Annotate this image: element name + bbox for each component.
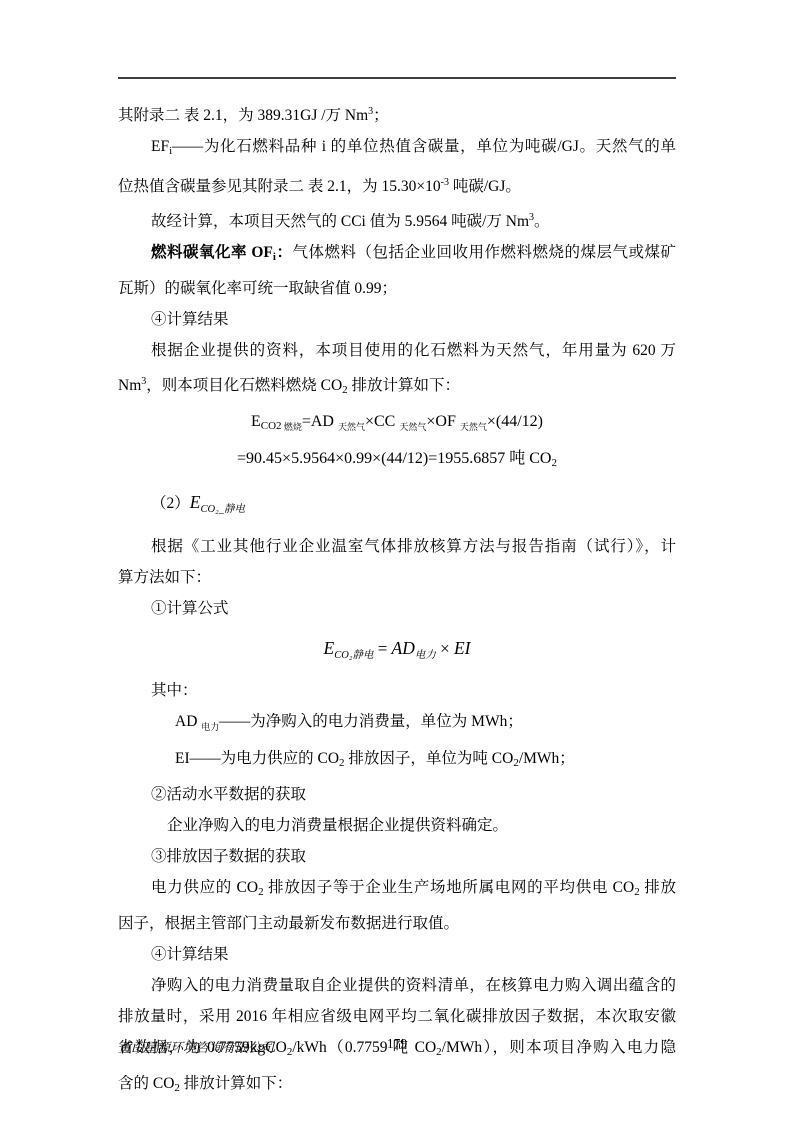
text-run: 电力供应的 CO bbox=[151, 879, 258, 896]
text-run: ④计算结果 bbox=[151, 946, 229, 963]
text-run: 气体燃料（包括企业回收用作燃料燃烧的煤层气或煤矿 bbox=[292, 244, 676, 261]
header-rule bbox=[118, 77, 676, 79]
paragraph-line-14: 算方法如下： bbox=[118, 562, 676, 593]
text-run: 排放因子，单位为吨 CO bbox=[345, 750, 514, 767]
text-run: /MWh； bbox=[519, 750, 575, 767]
paragraph-line-9: Nm3，则本项目化石燃料燃烧 CO2 排放计算如下： bbox=[118, 366, 676, 406]
text-run: 天然气 bbox=[460, 422, 487, 432]
text-run: 瓦斯）的碳氧化率可统一取缺省值 0.99； bbox=[118, 280, 397, 297]
text-run: Nm bbox=[118, 377, 141, 394]
text-run: ——为净购入的电力消费量，单位为 MWh； bbox=[219, 713, 523, 730]
text-run: ，则本项目化石燃料燃烧 CO bbox=[146, 377, 342, 394]
text-run: =90.45×5.9564×0.99×(44/12)=1955.6857 吨 C… bbox=[237, 450, 551, 467]
text-run: CO₂静电 bbox=[334, 650, 373, 661]
text-run: EI——为电力供应的 CO bbox=[175, 750, 339, 767]
text-run: 根据《工业其他行业企业温室气体排放核算方法与报告指南（试行）》，计 bbox=[151, 538, 676, 555]
text-run: =AD bbox=[302, 413, 338, 430]
text-run: ； bbox=[373, 107, 389, 124]
paragraph-line-19: EI——为电力供应的 CO2 排放因子，单位为吨 CO2/MWh； bbox=[118, 743, 676, 779]
text-run: ——为化石燃料品种 i 的单位热值含碳量，单位为吨碳/GJ。天然气的单 bbox=[172, 138, 676, 155]
paragraph-line-13: 根据《工业其他行业企业温室气体排放核算方法与报告指南（试行）》，计 bbox=[118, 531, 676, 562]
text-run: 燃烧 bbox=[282, 422, 302, 432]
paragraph-line-12: （2）ECO₂_静电 bbox=[118, 487, 676, 525]
text-run: 排放 bbox=[640, 879, 676, 896]
text-run: ②活动水平数据的获取 bbox=[151, 786, 306, 803]
text-run: 2 bbox=[551, 457, 557, 469]
text-run: 因子，根据主管部门主动最新发布数据进行取值。 bbox=[118, 915, 459, 932]
text-run: ： bbox=[276, 244, 293, 261]
text-run: ×OF bbox=[426, 413, 459, 430]
text-run: ×CC bbox=[365, 413, 399, 430]
text-run: ①计算公式 bbox=[151, 600, 229, 617]
text-run: ③排放因子数据的获取 bbox=[151, 848, 306, 865]
text-run: EI bbox=[454, 638, 471, 658]
text-run: E bbox=[324, 638, 335, 658]
paragraph-line-25: ④计算结果 bbox=[118, 939, 676, 970]
paragraph-line-21: 企业净购入的电力消费量根据企业提供资料确定。 bbox=[118, 810, 676, 841]
paragraph-line-5: 燃料碳氧化率 OFi：气体燃料（包括企业回收用作燃料燃烧的煤层气或煤矿 bbox=[118, 237, 676, 273]
formula-line-11: =90.45×5.9564×0.99×(44/12)=1955.6857 吨 C… bbox=[118, 443, 676, 479]
text-run: EF bbox=[151, 138, 169, 155]
text-run: CO2 bbox=[261, 420, 282, 432]
text-run: ×(44/12) bbox=[487, 413, 543, 430]
text-run: （2） bbox=[151, 495, 190, 512]
footer-page-number: 179 bbox=[118, 1036, 676, 1052]
paragraph-line-18: AD 电力——为净购入的电力消费量，单位为 MWh； bbox=[118, 706, 676, 743]
paragraph-line-23: 电力供应的 CO2 排放因子等于企业生产场地所属电网的平均供电 CO2 排放 bbox=[118, 872, 676, 908]
paragraph-line-15: ①计算公式 bbox=[118, 593, 676, 624]
text-run: 其附录二 表 2.1，为 389.31GJ /万 Nm bbox=[118, 107, 368, 124]
paragraph-line-1: 其附录二 表 2.1，为 389.31GJ /万 Nm3； bbox=[118, 96, 676, 131]
text-run: × bbox=[436, 639, 454, 658]
text-run: 。 bbox=[534, 213, 550, 230]
text-run: = bbox=[373, 639, 391, 658]
paragraph-line-8: 根据企业提供的资料，本项目使用的化石燃料为天然气，年用量为 620 万 bbox=[118, 335, 676, 366]
text-run: 位热值含碳量参见其附录二 表 2.1，为 15.30×10 bbox=[118, 178, 441, 195]
paragraph-line-2: EFi——为化石燃料品种 i 的单位热值含碳量，单位为吨碳/GJ。天然气的单 bbox=[118, 131, 676, 167]
text-run: 电力 bbox=[201, 722, 219, 732]
text-run: 净购入的电力消费量取自企业提供的资料清单，在核算电力购入调出蕴含的 bbox=[151, 977, 676, 994]
text-run: 故经计算，本项目天然气的 CCi 值为 5.9564 吨碳/万 Nm bbox=[151, 213, 529, 230]
text-run: E bbox=[190, 492, 201, 512]
text-run: AD bbox=[175, 713, 201, 730]
text-run: 排放量时，采用 2016 年相应省级电网平均二氧化碳排放因子数据，本次取安徽 bbox=[118, 1008, 676, 1025]
formula-display-16: ECO₂静电 = AD电力 × EI bbox=[118, 634, 676, 670]
text-run: 企业净购入的电力消费量根据企业提供资料确定。 bbox=[167, 817, 508, 834]
text-run: 排放因子等于企业生产场地所属电网的平均供电 CO bbox=[264, 879, 635, 896]
text-run: ④计算结果 bbox=[151, 311, 229, 328]
text-run: 算方法如下： bbox=[118, 569, 211, 586]
paragraph-line-24: 因子，根据主管部门主动最新发布数据进行取值。 bbox=[118, 908, 676, 939]
text-run: 其中： bbox=[151, 682, 198, 699]
paragraph-line-17: 其中： bbox=[118, 675, 676, 706]
paragraph-line-20: ②活动水平数据的获取 bbox=[118, 779, 676, 810]
formula-line-10: ECO2 燃烧=AD 天然气×CC 天然气×OF 天然气×(44/12) bbox=[118, 406, 676, 443]
text-run: 根据企业提供的资料，本项目使用的化石燃料为天然气，年用量为 620 万 bbox=[151, 342, 676, 359]
paragraph-line-22: ③排放因子数据的获取 bbox=[118, 841, 676, 872]
paragraph-line-6: 瓦斯）的碳氧化率可统一取缺省值 0.99； bbox=[118, 273, 676, 304]
paragraph-line-4: 故经计算，本项目天然气的 CCi 值为 5.9564 吨碳/万 Nm3。 bbox=[118, 202, 676, 237]
text-run: 天然气 bbox=[399, 422, 426, 432]
text-run: 排放计算如下： bbox=[180, 1075, 292, 1092]
text-run: 燃料碳氧化率 OF bbox=[151, 244, 273, 261]
document-page: 其附录二 表 2.1，为 389.31GJ /万 Nm3；EFi——为化石燃料品… bbox=[0, 0, 793, 1122]
text-run: E bbox=[251, 413, 261, 430]
text-run: 吨碳/GJ。 bbox=[449, 178, 521, 195]
document-body: 其附录二 表 2.1，为 389.31GJ /万 Nm3；EFi——为化石燃料品… bbox=[118, 96, 676, 1104]
text-run: 排放计算如下： bbox=[348, 377, 460, 394]
paragraph-line-3: 位热值含碳量参见其附录二 表 2.1，为 15.30×10-3 吨碳/GJ。 bbox=[118, 167, 676, 202]
text-run: 天然气 bbox=[338, 422, 365, 432]
text-run: 含的 CO bbox=[118, 1075, 174, 1092]
paragraph-line-27: 排放量时，采用 2016 年相应省级电网平均二氧化碳排放因子数据，本次取安徽 bbox=[118, 1001, 676, 1032]
text-run: AD bbox=[392, 638, 415, 658]
text-run: -3 bbox=[441, 177, 449, 188]
paragraph-line-29: 含的 CO2 排放计算如下： bbox=[118, 1068, 676, 1104]
paragraph-line-26: 净购入的电力消费量取自企业提供的资料清单，在核算电力购入调出蕴含的 bbox=[118, 970, 676, 1001]
text-run: CO₂_静电 bbox=[200, 504, 245, 515]
text-run: 电力 bbox=[415, 650, 436, 661]
paragraph-line-7: ④计算结果 bbox=[118, 304, 676, 335]
